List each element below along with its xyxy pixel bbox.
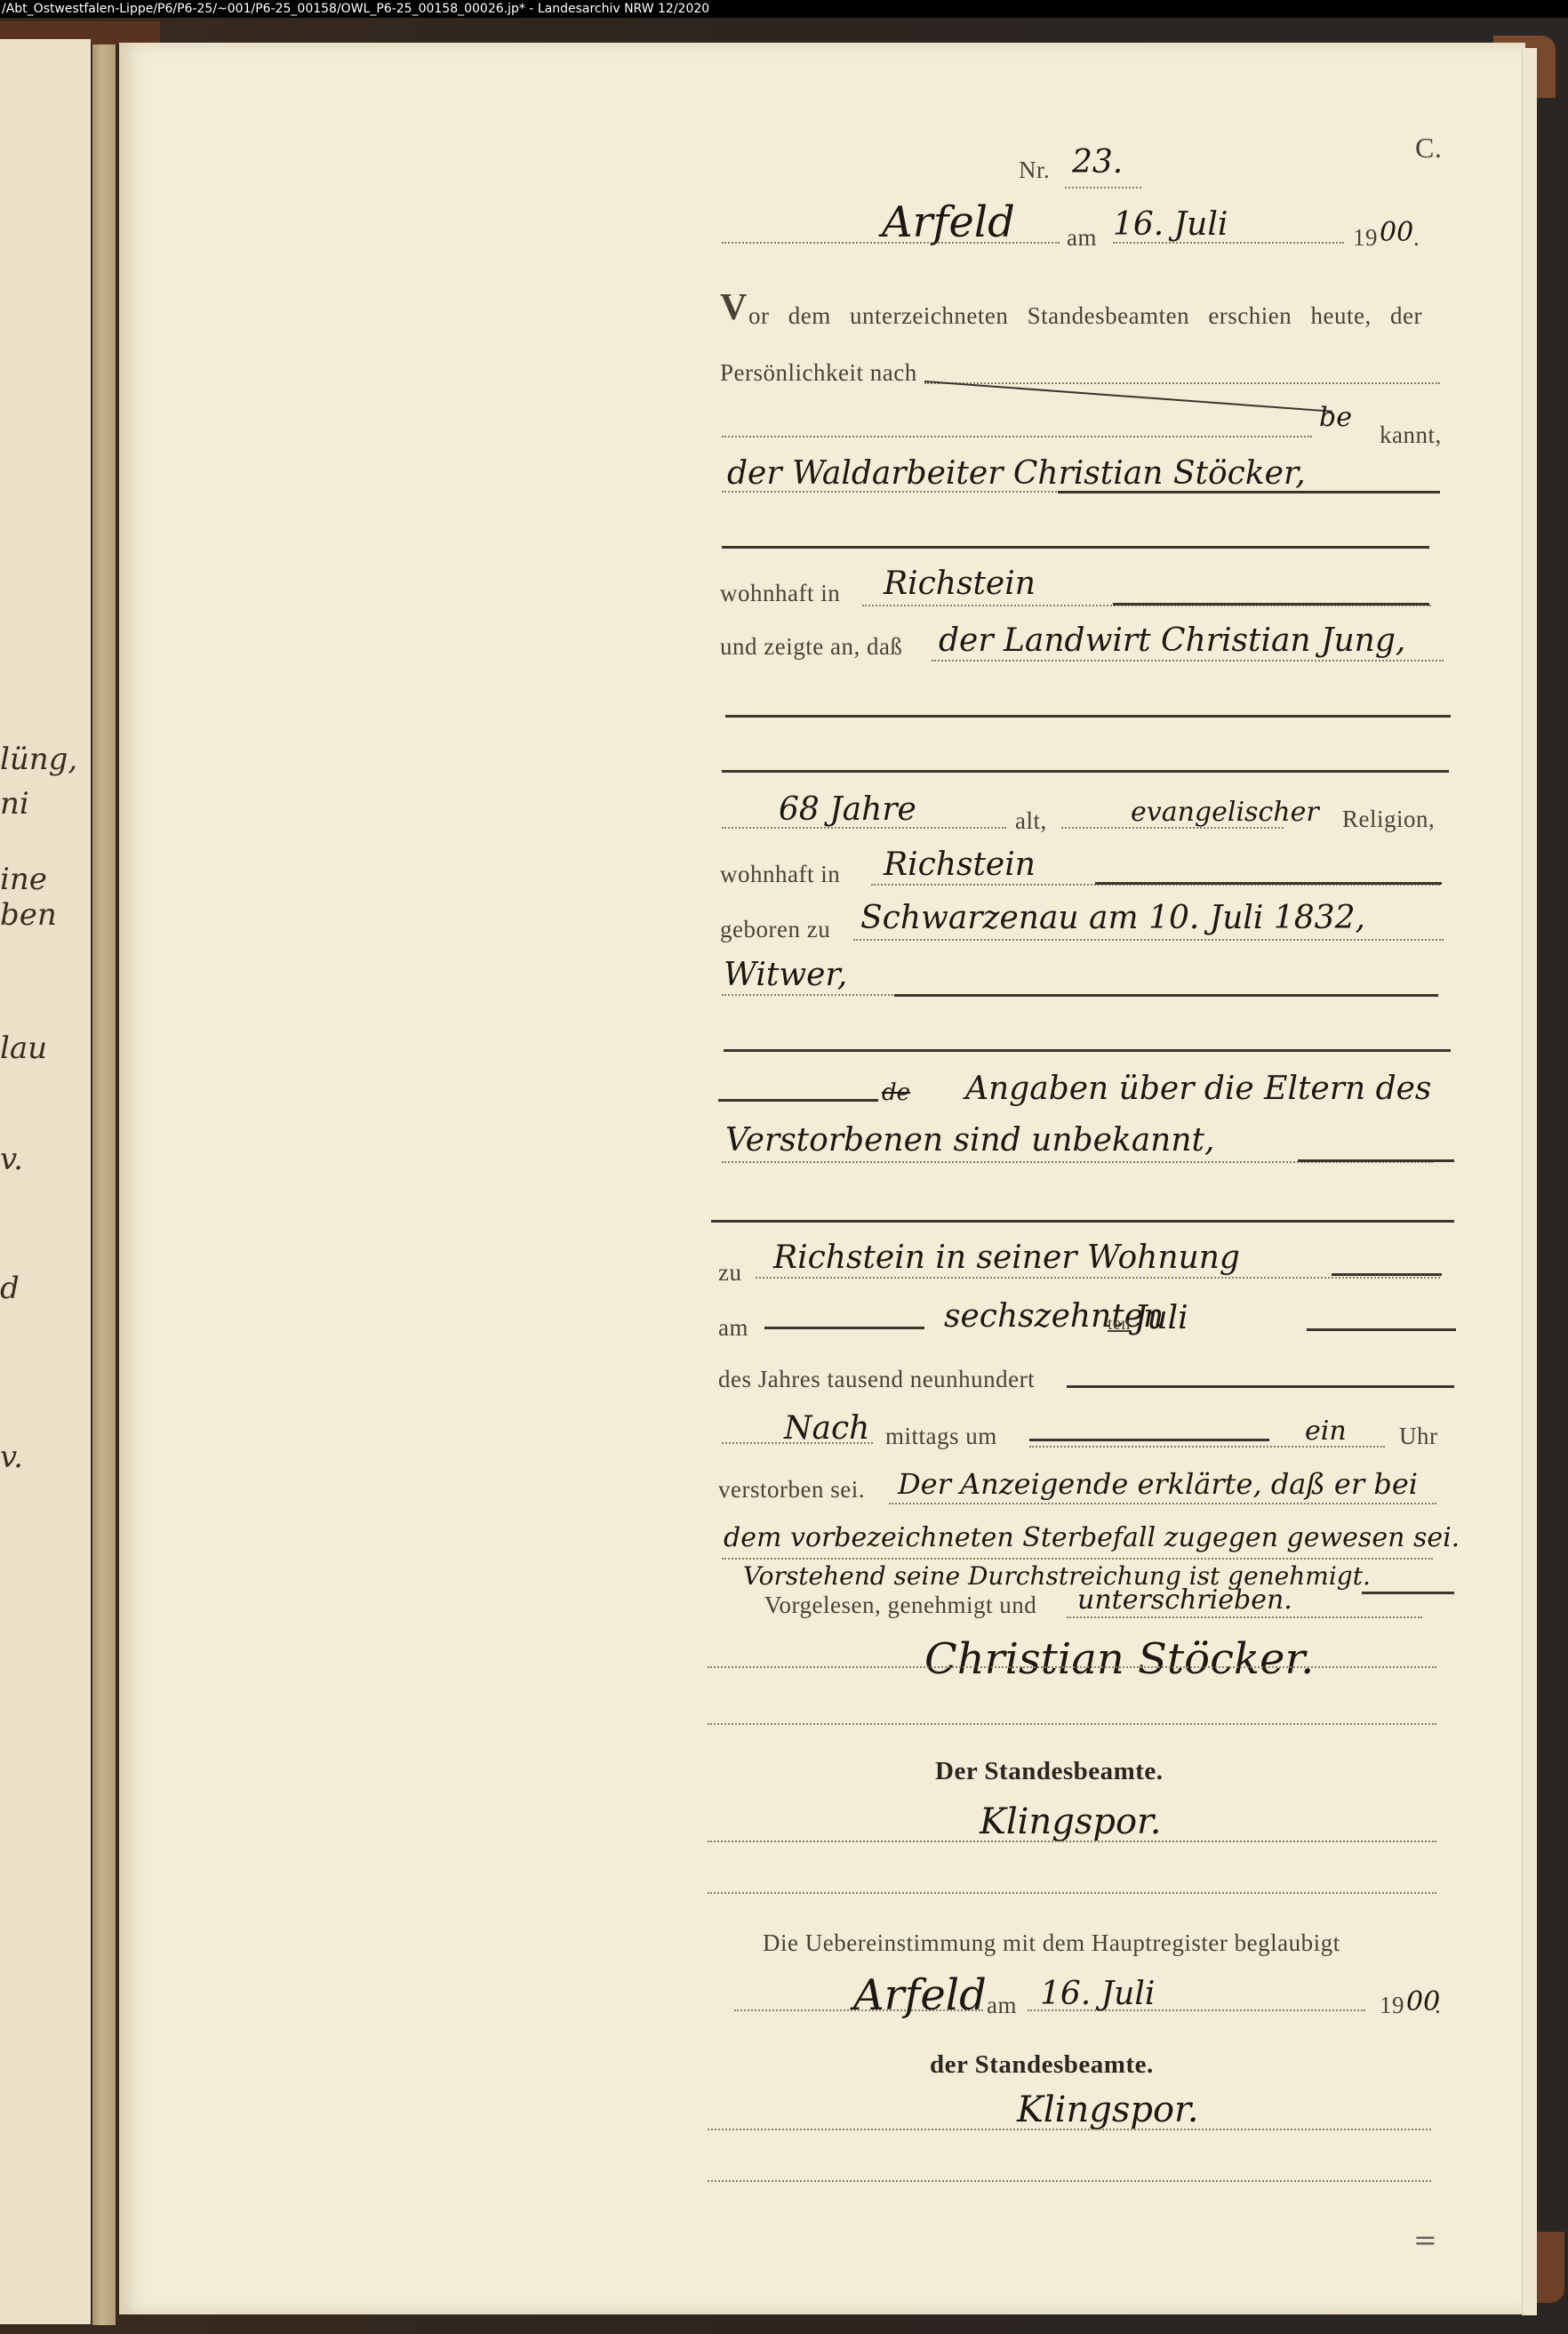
viewer-title-bar: /Abt_Ostwestfalen-Lippe/P6/P6-25/~001/P6… [0, 0, 1568, 18]
deceased-residence-label: wohnhaft in [720, 861, 840, 888]
left-page-fragment: v. [0, 1440, 23, 1475]
pencil-mark: = [1413, 2223, 1437, 2257]
left-page-fragment: d [0, 1271, 20, 1306]
informant-name: der Waldarbeiter Christian Stöcker, [727, 455, 1306, 492]
intro-initial: V [720, 286, 748, 329]
cert-place: Arfeld [853, 1970, 987, 2020]
cert-am-label: am [987, 1992, 1017, 2019]
age-label: alt, [1015, 807, 1047, 835]
record-place: Arfeld [882, 197, 1015, 247]
page-edge [1522, 48, 1537, 2315]
registrar-title: Der Standesbeamte. [935, 1757, 1164, 1786]
born-label: geboren zu [720, 916, 830, 943]
blank-line [724, 1049, 1451, 1052]
blank-line [722, 546, 1429, 549]
period: . [1435, 1992, 1441, 2019]
signature-line [708, 1892, 1436, 1894]
page-gutter [92, 44, 116, 2325]
remark-line [889, 1503, 1436, 1504]
am-label: am [1067, 224, 1097, 252]
registrar-signature: Klingspor. [980, 1801, 1162, 1842]
death-place-value: Richstein in seiner Wohnung [773, 1239, 1240, 1276]
record-date: 16. Juli [1113, 206, 1228, 243]
deceased-line [932, 660, 1444, 662]
remark-line-1: Der Anzeigende erklärte, daß er bei [898, 1467, 1418, 1501]
informant-signature: Christian Stöcker. [924, 1634, 1314, 1684]
fill-line [1298, 1159, 1454, 1162]
cert-date: 16. Juli [1040, 1976, 1155, 2012]
left-page-fragment: ben [0, 897, 57, 933]
intro-text: or dem unterzeichneten Standesbeamten er… [748, 302, 1422, 330]
fill-line [1113, 603, 1429, 606]
deceased-residence-value: Richstein [884, 846, 1036, 883]
blank-line [725, 715, 1451, 718]
fill-line [1362, 1592, 1454, 1594]
time-prefix: Nach [784, 1410, 869, 1447]
year-printed: 19 [1353, 224, 1378, 252]
remark-line [722, 1558, 1433, 1560]
death-day-suffix: ten [1108, 1314, 1131, 1335]
age-value: 68 Jahre [779, 791, 916, 828]
identity-label: Persönlichkeit nach [720, 359, 917, 387]
cert-year-printed: 19 [1380, 1992, 1404, 2019]
parents-line-1: Angaben über die Eltern des [965, 1071, 1431, 1107]
left-page-fragment: ni [0, 786, 29, 822]
death-day-value: sechszehnten [944, 1298, 1164, 1335]
signature-line [708, 2180, 1431, 2182]
signature-line [708, 2129, 1431, 2130]
fill-line [764, 1327, 924, 1329]
read-written: unterschrieben. [1077, 1584, 1292, 1616]
parents-line-2: Verstorbenen sind unbekannt, [725, 1122, 1214, 1159]
born-line [853, 939, 1444, 941]
residence-label: wohnhaft in [720, 580, 840, 607]
number-label: Nr. [1019, 156, 1050, 184]
fill-line [718, 1099, 878, 1102]
register-number: 23. [1072, 144, 1123, 180]
identity-line-2 [722, 436, 1312, 437]
marital-status: Witwer, [724, 957, 847, 993]
identity-written: be [1319, 402, 1352, 433]
deceased-name: der Landwirt Christian Jung, [939, 622, 1405, 659]
struck-word: de [882, 1079, 910, 1106]
fill-line [1067, 1385, 1454, 1388]
fill-line [1058, 491, 1440, 493]
year-label: des Jahres tausend neunhundert [718, 1366, 1035, 1393]
deceased-label: verstorben sei. [718, 1476, 865, 1504]
read-label: Vorgelesen, genehmigt und [764, 1592, 1036, 1619]
section-letter: C. [1415, 132, 1442, 164]
left-page-fragment: lüng, [0, 742, 77, 777]
identity-suffix: kannt, [1380, 421, 1442, 449]
signature-line [708, 1723, 1436, 1725]
left-page-fragment: v. [0, 1142, 23, 1177]
fill-line [894, 994, 1438, 997]
left-facing-page: lüng, ni ine ben lau v. d v. [0, 39, 91, 2324]
file-path: /Abt_Ostwestfalen-Lippe/P6/P6-25/~001/P6… [2, 2, 709, 16]
cert-registrar-signature: Klingspor. [1017, 2089, 1199, 2130]
death-place-label: zu [718, 1259, 741, 1287]
death-place-line [756, 1277, 1440, 1279]
identity-line [924, 382, 1440, 384]
death-month-value: Juli [1134, 1300, 1188, 1336]
religion-label: Religion, [1342, 806, 1435, 833]
number-line [1065, 187, 1141, 188]
time-suffix: Uhr [1399, 1423, 1438, 1450]
fill-line [1332, 1273, 1442, 1276]
blank-line [722, 770, 1449, 773]
signature-line [708, 1666, 1436, 1668]
reported-label: und zeigte an, daß [720, 633, 902, 661]
blank-line [711, 1220, 1454, 1223]
born-value: Schwarzenau am 10. Juli 1832, [860, 900, 1365, 936]
left-page-fragment: lau [0, 1031, 47, 1066]
religion-value: evangelischer [1131, 797, 1319, 828]
time-hour: ein [1305, 1416, 1347, 1447]
signature-line [708, 1841, 1436, 1842]
period: . [1413, 224, 1420, 252]
time-label: mittags um [885, 1423, 997, 1450]
left-page-fragment: ine [0, 862, 47, 897]
residence-value: Richstein [884, 565, 1036, 602]
year-written: 00 [1380, 217, 1413, 248]
certification-text: Die Uebereinstimmung mit dem Hauptregist… [763, 1929, 1340, 1957]
cert-registrar-title: der Standesbeamte. [930, 2050, 1154, 2080]
remark-line-2: dem vorbezeichneten Sterbefall zugegen g… [724, 1522, 1460, 1553]
fill-line [1029, 1439, 1269, 1441]
fill-line [1095, 882, 1442, 885]
read-line [1067, 1616, 1422, 1618]
death-day-label: am [718, 1314, 748, 1342]
fill-line [1307, 1328, 1456, 1331]
